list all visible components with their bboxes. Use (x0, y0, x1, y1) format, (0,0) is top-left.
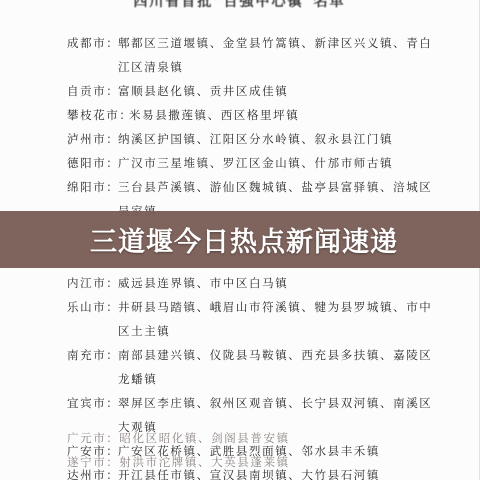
headline-banner: 广元市：昭化区昭化镇、剑阁县普安镇 遂宁市：射洪市沱牌镇、大英县蓬莱镇 三道堰今… (0, 211, 480, 268)
headline-text: 三道堰今日热点新闻速递 (90, 220, 398, 259)
town-names: 广汉市三星堆镇、罗江区金山镇、什邡市师古镇 (118, 151, 427, 175)
document-title: 四川省首批“百强中心镇”名单 (0, 0, 479, 11)
town-line: 三台县芦溪镇、游仙区魏城镇、盐亭县富驿镇、涪城区 (118, 175, 427, 199)
town-names: 南部县建兴镇、仪陇县马鞍镇、西充县多扶镇、嘉陵区 龙蟠镇 (118, 343, 427, 391)
obscured-entry: 广元市：昭化区昭化镇、剑阁县普安镇 (67, 426, 290, 450)
town-names: 昭化区昭化镇、剑阁县普安镇 (119, 431, 289, 445)
city-label: 广元市： (67, 431, 119, 445)
town-line: 威远县连界镇、市中区白马镇 (118, 271, 427, 295)
town-line: 区土主镇 (118, 319, 427, 343)
town-line: 龙蟠镇 (118, 367, 427, 391)
list-item: 乐山市： 井研县马踏镇、峨眉山市符溪镇、犍为县罗城镇、市中 区土主镇 (67, 295, 427, 343)
list-item: 内江市： 威远县连界镇、市中区白马镇 (67, 271, 427, 295)
city-label: 泸州市： (67, 127, 118, 151)
list-item: 成都市： 郫都区三道堰镇、金堂县竹篙镇、新津区兴义镇、青白 江区清泉镇 (67, 31, 427, 79)
town-line: 郫都区三道堰镇、金堂县竹篙镇、新津区兴义镇、青白 (118, 31, 427, 55)
city-label: 遂宁市： (67, 455, 119, 469)
city-label: 乐山市： (67, 295, 118, 343)
list-item: 南充市： 南部县建兴镇、仪陇县马鞍镇、西充县多扶镇、嘉陵区 龙蟠镇 (67, 343, 427, 391)
town-line: 翠屏区李庄镇、叙州区观音镇、长宁县双河镇、南溪区 (118, 391, 427, 415)
list-item: 德阳市： 广汉市三星堆镇、罗江区金山镇、什邡市师古镇 (67, 151, 427, 175)
city-label: 自贡市： (67, 79, 118, 103)
list-item: 攀枝花市： 米易县撒莲镇、西区格里坪镇 (67, 103, 427, 127)
obscured-entries: 广元市：昭化区昭化镇、剑阁县普安镇 遂宁市：射洪市沱牌镇、大英县蓬莱镇 (67, 426, 290, 474)
city-label: 内江市： (67, 271, 118, 295)
town-names: 米易县撒莲镇、西区格里坪镇 (118, 103, 427, 127)
town-line: 江区清泉镇 (118, 55, 427, 79)
city-label: 成都市： (67, 31, 118, 79)
list-item: 自贡市： 富顺县赵化镇、贡井区成佳镇 (67, 79, 427, 103)
town-names: 纳溪区护国镇、江阳区分水岭镇、叙永县江门镇 (118, 127, 427, 151)
town-line: 米易县撒莲镇、西区格里坪镇 (118, 103, 427, 127)
city-label: 南充市： (67, 343, 118, 391)
obscured-entry: 遂宁市：射洪市沱牌镇、大英县蓬莱镇 (67, 450, 290, 474)
list-item: 泸州市： 纳溪区护国镇、江阳区分水岭镇、叙永县江门镇 (67, 127, 427, 151)
town-names: 井研县马踏镇、峨眉山市符溪镇、犍为县罗城镇、市中 区土主镇 (118, 295, 427, 343)
town-line: 南部县建兴镇、仪陇县马鞍镇、西充县多扶镇、嘉陵区 (118, 343, 427, 367)
town-line: 富顺县赵化镇、贡井区成佳镇 (118, 79, 427, 103)
town-names: 威远县连界镇、市中区白马镇 (118, 271, 427, 295)
city-label: 德阳市： (67, 151, 118, 175)
town-line: 井研县马踏镇、峨眉山市符溪镇、犍为县罗城镇、市中 (118, 295, 427, 319)
town-line: 纳溪区护国镇、江阳区分水岭镇、叙永县江门镇 (118, 127, 427, 151)
town-names: 射洪市沱牌镇、大英县蓬莱镇 (119, 455, 289, 469)
town-line: 广汉市三星堆镇、罗江区金山镇、什邡市师古镇 (118, 151, 427, 175)
town-names: 富顺县赵化镇、贡井区成佳镇 (118, 79, 427, 103)
town-names: 郫都区三道堰镇、金堂县竹篙镇、新津区兴义镇、青白 江区清泉镇 (118, 31, 427, 79)
